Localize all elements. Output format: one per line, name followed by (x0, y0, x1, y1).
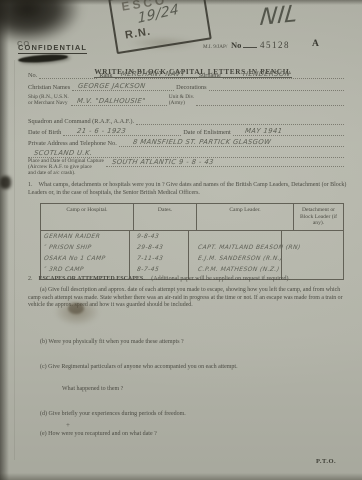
address-value: 8 MANSFIELD ST. PARTICK GLASGOW (132, 138, 271, 146)
capture-value: SOUTH ATLANTIC 9 - 8 - 43 (111, 158, 214, 166)
ship-field: M.V. "DALHOUSIE" (71, 97, 167, 106)
row-capture: Place and Date of Original Capture (Airc… (28, 158, 346, 177)
row-address-line2: SCOTLAND U.K. (28, 149, 346, 158)
table-row: OSAKA No 1 CAMP 7-11-43 E.J.M. SANDERSON… (41, 253, 343, 264)
cell-camp: ″ PRISON SHIP (41, 244, 133, 251)
dob-value: 21 - 6 - 1923 (77, 127, 127, 135)
unit-div-field (196, 97, 344, 106)
section-2-note: (Additional paper will be supplied on re… (146, 276, 290, 282)
bottom-edge-shadow (0, 473, 362, 480)
col-header-detachment: Detachment or Block Leader (if any). (293, 204, 343, 230)
christian-names-label: Christian Names (28, 84, 70, 91)
left-edge-shadow (0, 0, 9, 480)
enlistment-field: MAY 1941 (233, 127, 344, 136)
row-christian-decorations: Christian Names GEORGE JACKSON Decoratio… (28, 82, 346, 91)
ref-number: 45128 (260, 40, 290, 50)
unit-div-label: Unit & Div. (Army) (169, 94, 195, 106)
row-no-rank-surname: No. Rank MERCHANT NAVY Surname HENDERSON (28, 70, 346, 79)
cell-dates: 29-8-43 (132, 244, 196, 251)
stamp-text-rn: R.N. (124, 26, 152, 42)
ref-prefix: M.I. 9/JAP/ (203, 44, 227, 50)
row-ship-unit: Ship (R.N., U.S.N. or Merchant Navy M.V.… (28, 94, 346, 106)
nil-annotation: NIL (259, 1, 300, 31)
address-label: Private Address and Telephone No. (28, 140, 117, 147)
ref-letter: A (312, 39, 319, 49)
cell-dates: 9-8-43 (132, 233, 196, 240)
decorations-label: Decorations (176, 84, 206, 91)
capture-field: SOUTH ATLANTIC 9 - 8 - 43 (106, 158, 344, 167)
section-2-heading: 2.ESCAPES OR ATTEMPTED ESCAPES. (Additio… (28, 276, 350, 284)
christian-names-field: GEORGE JACKSON (72, 82, 174, 91)
row-address: Private Address and Telephone No. 8 MANS… (28, 138, 346, 147)
capture-label: Place and Date of Original Capture (Airc… (28, 158, 104, 177)
camp-table: Camp or Hospital. Dates. Camp Leader. De… (40, 203, 344, 280)
cell-dates: 8-7-45 (132, 266, 196, 273)
address-field-line2: SCOTLAND U.K. (28, 149, 344, 158)
surname-label: Surname (199, 72, 221, 79)
row-dob-enlistment: Date of Birth 21 - 6 - 1923 Date of Enli… (28, 127, 346, 136)
rank-value: MERCHANT NAVY (120, 70, 185, 78)
section-2-title: ESCAPES OR ATTEMPTED ESCAPES. (39, 276, 145, 282)
rubber-stamp-box: ESCO 19/24 R.N. (108, 0, 212, 54)
corner-shadow (0, 0, 82, 44)
cell-camp: ″ 3RD CAMP (41, 266, 133, 273)
cell-camp: GERMAN RAIDER (41, 233, 133, 240)
col-header-dates: Dates. (133, 204, 196, 230)
question-2d: (d) Give briefly your experiences during… (40, 411, 350, 419)
enlistment-label: Date of Enlistment (183, 129, 231, 136)
ref-no-label: No (231, 40, 241, 50)
squadron-field (136, 116, 344, 125)
paper-stain (68, 303, 84, 314)
pto-label: P.T.O. (316, 458, 336, 465)
section-2-number: 2. (28, 276, 39, 282)
squadron-label: Squadron and Command (R.A.F., A.A.F.). (28, 118, 134, 125)
cell-leader: E.J.M. SANDERSON (R.N.) (195, 255, 291, 262)
ref-dash-line (243, 47, 257, 48)
surname-value: HENDERSON (242, 70, 290, 78)
confidential-label: CONFIDENTIAL (18, 43, 87, 54)
pencil-plus-mark: + (66, 421, 70, 429)
no-label: No. (28, 72, 37, 79)
fold-crease (14, 60, 15, 460)
no-field (39, 70, 97, 79)
scanned-questionnaire-page: ESCO 19/24 R.N. CO CONFIDENTIAL NIL M.I.… (0, 0, 362, 480)
rank-field: MERCHANT NAVY (115, 70, 197, 79)
table-row: ″ PRISON SHIP 29-8-43 CAPT. MAITLAND BEA… (41, 242, 343, 253)
camp-table-body: GERMAN RAIDER 9-8-43 ″ PRISON SHIP 29-8-… (41, 231, 343, 279)
ship-label: Ship (R.N., U.S.N. or Merchant Navy (28, 94, 69, 106)
cell-leader: CAPT. MAITLAND BEASON (RN) (195, 244, 302, 251)
col-header-camp: Camp or Hospital. (41, 204, 133, 230)
cell-leader: C.P.M. MATHESON (N.Z.) (195, 266, 291, 273)
camp-table-header: Camp or Hospital. Dates. Camp Leader. De… (41, 204, 343, 231)
rank-label: Rank (99, 72, 112, 79)
col-header-leader: Camp Leader. (196, 204, 293, 230)
decorations-field (209, 82, 344, 91)
question-1-number: 1. (28, 182, 39, 188)
row-squadron: Squadron and Command (R.A.F., A.A.F.). (28, 116, 346, 125)
christian-names-value: GEORGE JACKSON (78, 82, 147, 90)
address-field: 8 MANSFIELD ST. PARTICK GLASGOW (119, 138, 344, 147)
table-row: ″ 3RD CAMP 8-7-45 C.P.M. MATHESON (N.Z.) (41, 264, 343, 275)
edge-ink-mark (0, 176, 11, 189)
address-value2: SCOTLAND U.K. (33, 149, 93, 157)
question-2c: (c) Give Regimental particulars of anyon… (40, 364, 350, 372)
surname-field: HENDERSON (223, 70, 344, 79)
question-2e: (e) How were you recaptured and on what … (40, 431, 350, 439)
ship-value: M.V. "DALHOUSIE" (76, 97, 146, 105)
cell-camp: OSAKA No 1 CAMP (41, 255, 133, 262)
question-1: 1.What camps, detachments or hospitals w… (28, 182, 350, 198)
cell-dates: 7-11-43 (132, 255, 196, 262)
dob-label: Date of Birth (28, 129, 61, 136)
question-1-text: What camps, detachments or hospitals wer… (28, 182, 346, 196)
question-2b: (b) Were you physically fit when you mad… (40, 339, 350, 347)
enlistment-value: MAY 1941 (244, 127, 282, 135)
table-row: GERMAN RAIDER 9-8-43 (41, 231, 343, 242)
question-2c-followup: What happened to them ? (62, 386, 350, 394)
dob-field: 21 - 6 - 1923 (63, 127, 181, 136)
